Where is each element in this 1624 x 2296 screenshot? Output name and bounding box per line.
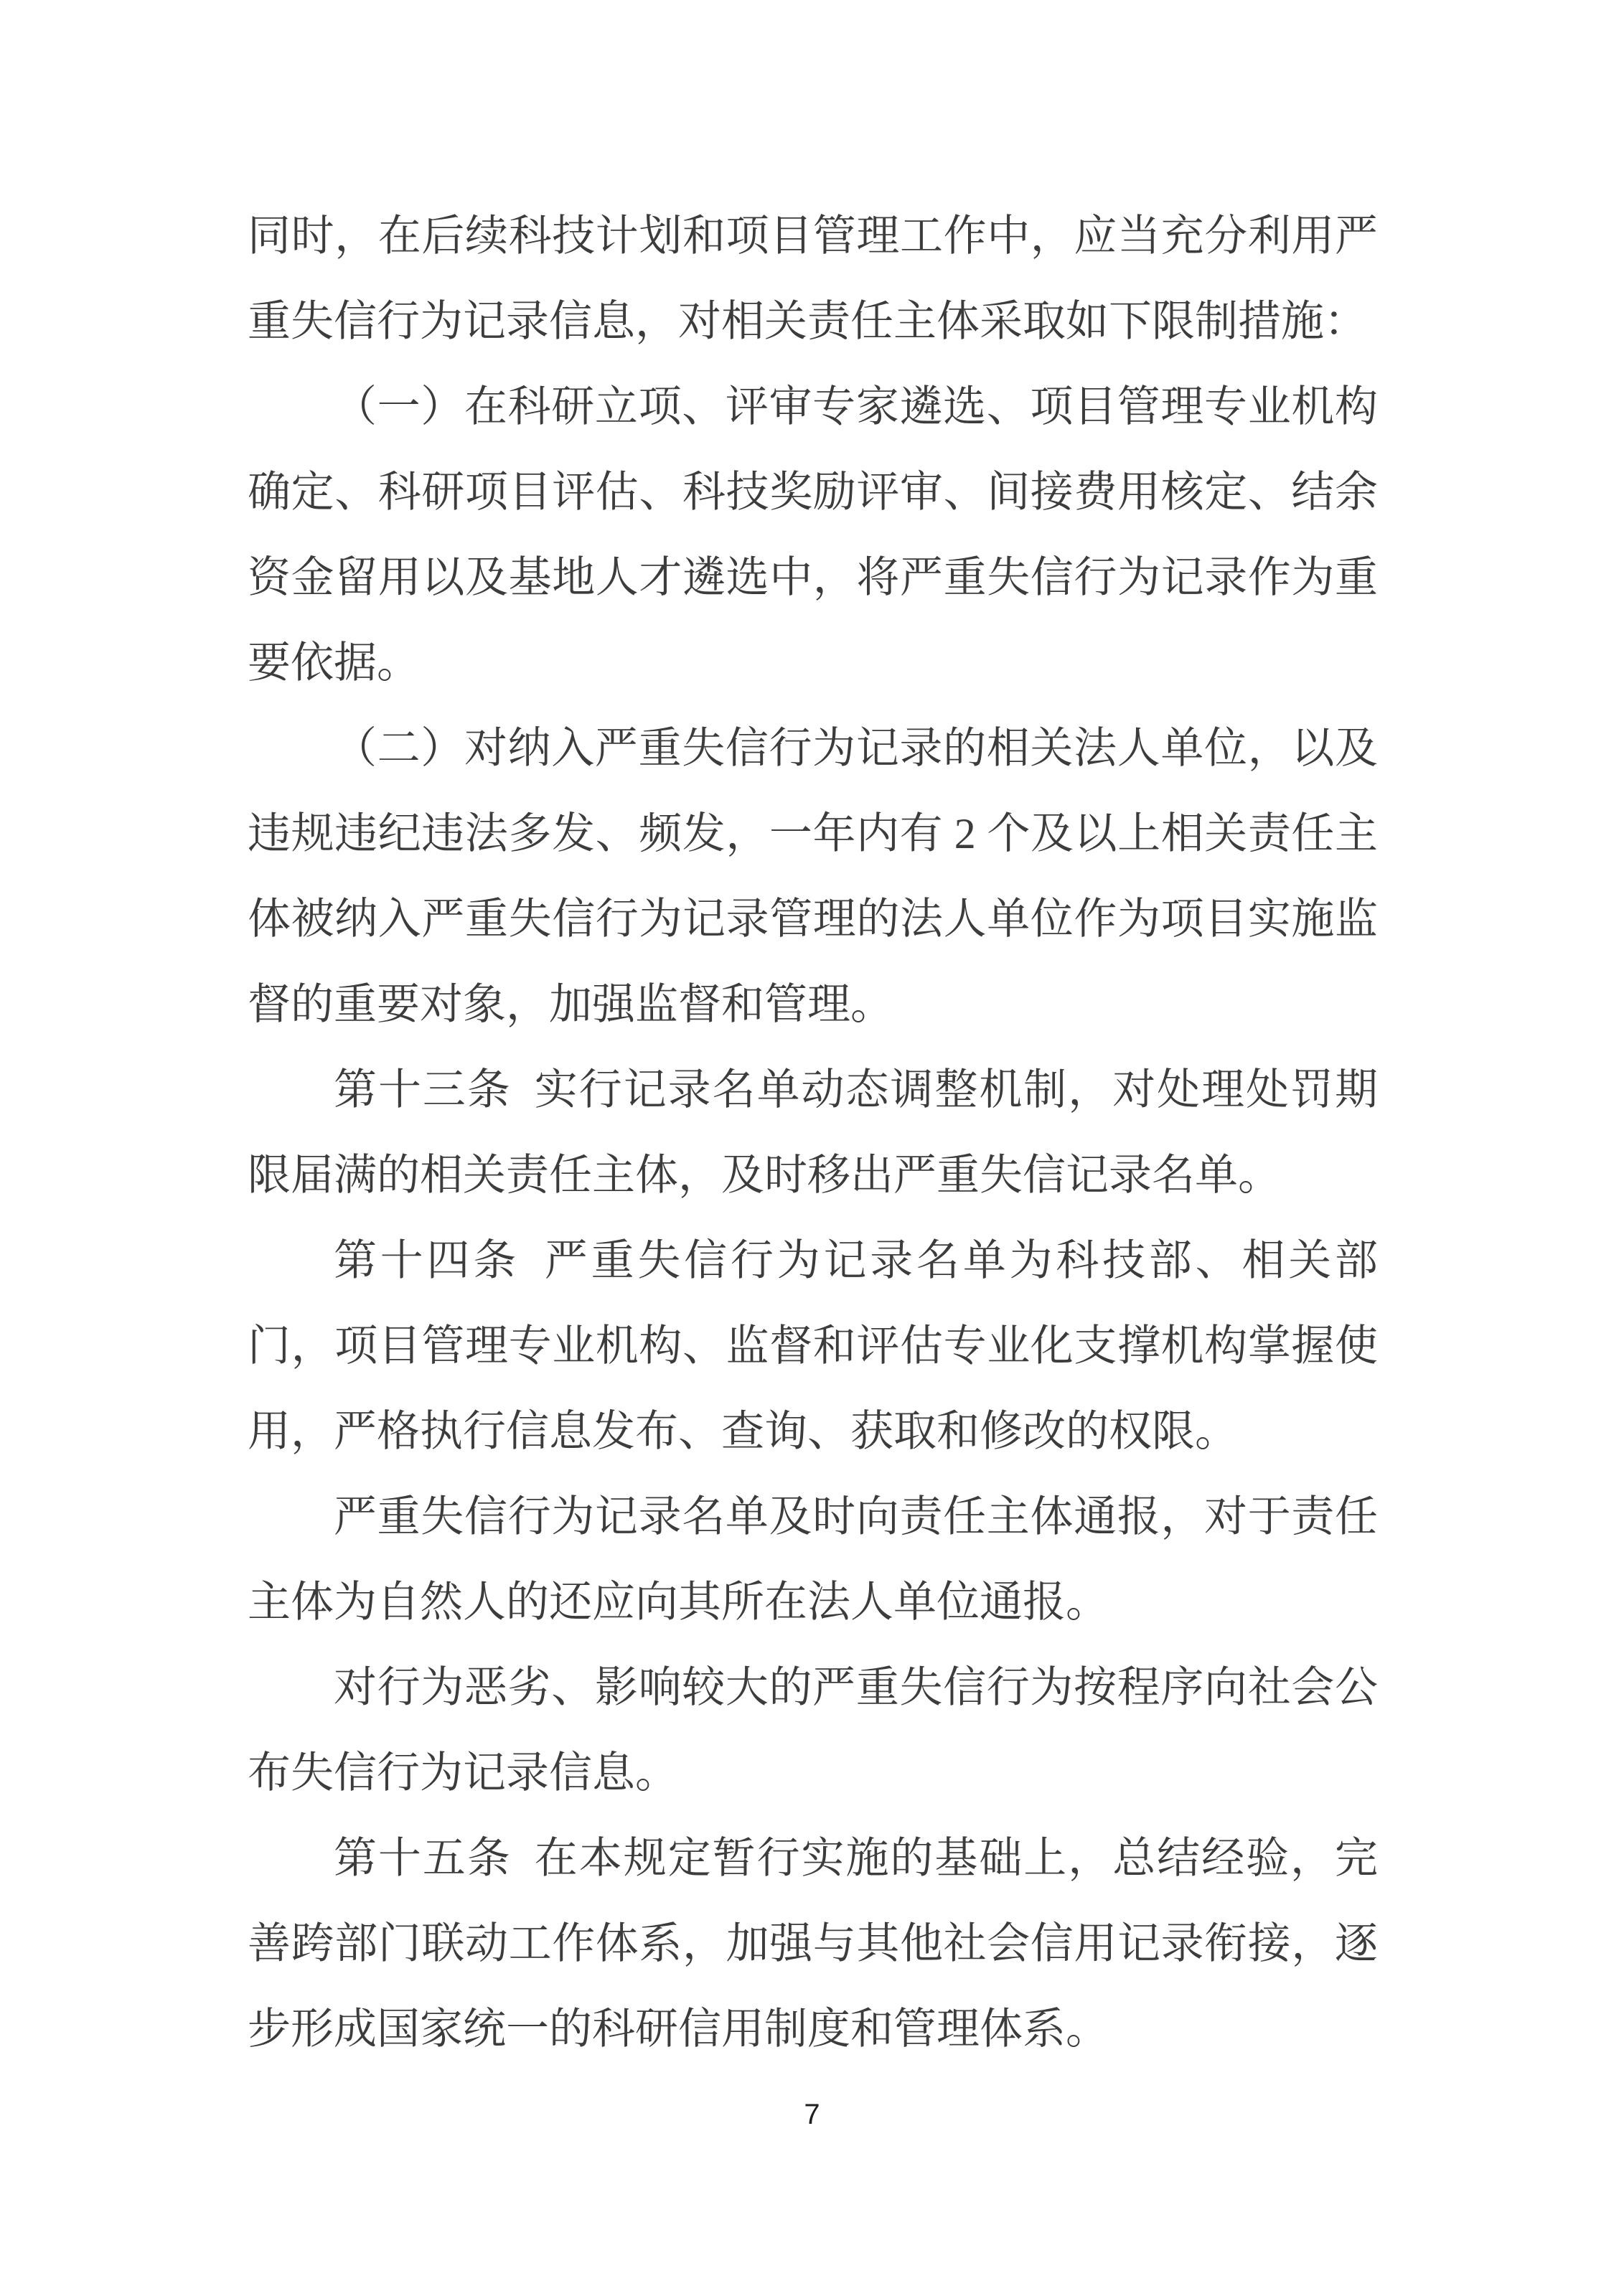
- paragraph: 第十五条 在本规定暂行实施的基础上，总结经验，完善跨部门联动工作体系，加强与其他…: [248, 1816, 1378, 2072]
- paragraph: （二）对纳入严重失信行为记录的相关法人单位，以及违规违纪违法多发、频发，一年内有…: [248, 706, 1378, 1048]
- paragraph: （一）在科研立项、评审专家遴选、项目管理专业机构确定、科研项目评估、科技奖励评审…: [248, 364, 1378, 706]
- text-block: 同时，在后续科技计划和项目管理工作中，应当充分利用严重失信行为记录信息，对相关责…: [248, 194, 1378, 2072]
- paragraph: 严重失信行为记录名单及时向责任主体通报，对于责任主体为自然人的还应向其所在法人单…: [248, 1474, 1378, 1645]
- paragraph: 对行为恶劣、影响较大的严重失信行为按程序向社会公布失信行为记录信息。: [248, 1645, 1378, 1816]
- paragraph: 第十四条 严重失信行为记录名单为科技部、相关部门，项目管理专业机构、监督和评估专…: [248, 1218, 1378, 1474]
- paragraph: 第十三条 实行记录名单动态调整机制，对处理处罚期限届满的相关责任主体，及时移出严…: [248, 1048, 1378, 1218]
- page-number: 7: [0, 2098, 1624, 2131]
- document-page: 同时，在后续科技计划和项目管理工作中，应当充分利用严重失信行为记录信息，对相关责…: [0, 0, 1624, 2296]
- paragraph: 同时，在后续科技计划和项目管理工作中，应当充分利用严重失信行为记录信息，对相关责…: [248, 194, 1378, 364]
